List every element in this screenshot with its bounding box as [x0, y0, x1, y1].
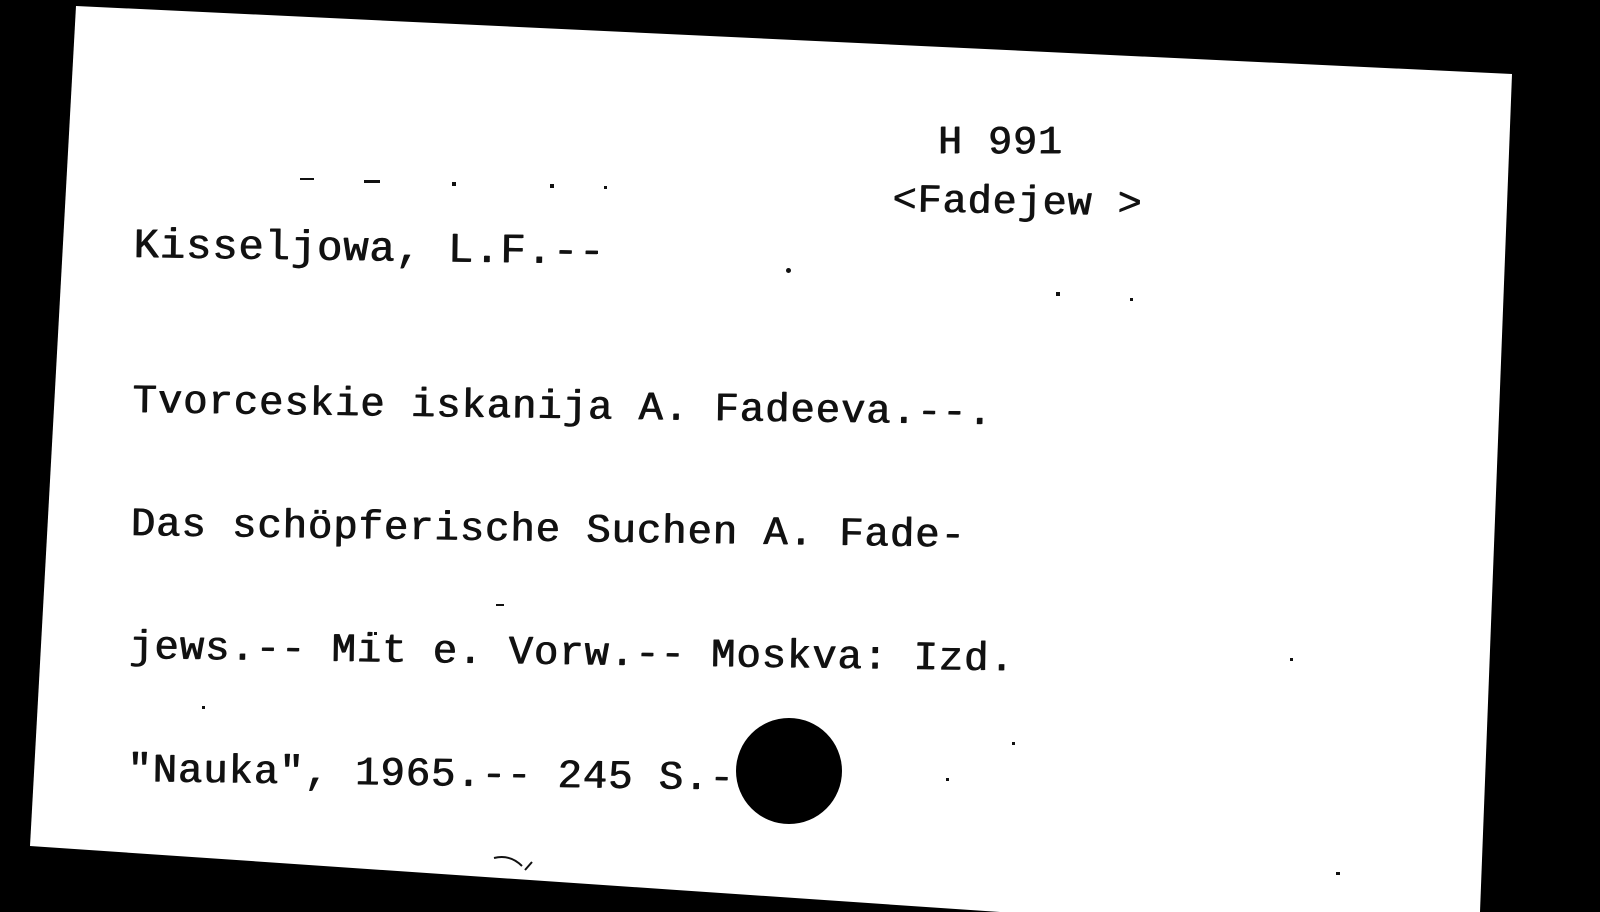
scan-speck [496, 604, 504, 606]
translated-title-line: Das schöpferische Suchen A. Fade- [131, 505, 1017, 558]
scan-speck [1290, 658, 1293, 661]
bibliographic-description: Tvorceskie iskanija A. Fadeeva.--. Das s… [126, 300, 1020, 886]
foreword-publisher-line: jews.-- Mit e. Vorw.-- Moskva: Izd. [129, 628, 1015, 681]
publication-line: "Nauka", 1965.-- 245 S.-- [127, 751, 1013, 804]
call-number: H 991 [938, 122, 1063, 166]
scan-speck [786, 268, 791, 273]
subject-heading: <Fadejew > [892, 180, 1143, 228]
scanned-card-stage: H 991 <Fadejew > Kisseljowa, L.F.-- Tvor… [0, 0, 1600, 912]
title-line: Tvorceskie iskanija A. Fadeeva.--. [132, 382, 1018, 435]
scan-speck [550, 184, 554, 188]
scan-speck [604, 186, 607, 189]
punch-hole [736, 718, 842, 824]
scan-speck [364, 180, 380, 183]
scan-speck [946, 778, 949, 781]
scan-speck [300, 178, 314, 180]
catalog-card: H 991 <Fadejew > Kisseljowa, L.F.-- Tvor… [0, 0, 1600, 912]
scan-speck [1336, 872, 1340, 875]
scan-speck [374, 632, 377, 635]
scan-speck [202, 706, 205, 709]
scan-speck [1056, 292, 1060, 296]
scan-speck [1130, 298, 1133, 301]
scan-speck [1012, 742, 1015, 745]
author-heading: Kisseljowa, L.F.-- [133, 222, 605, 277]
scan-speck [452, 182, 456, 186]
